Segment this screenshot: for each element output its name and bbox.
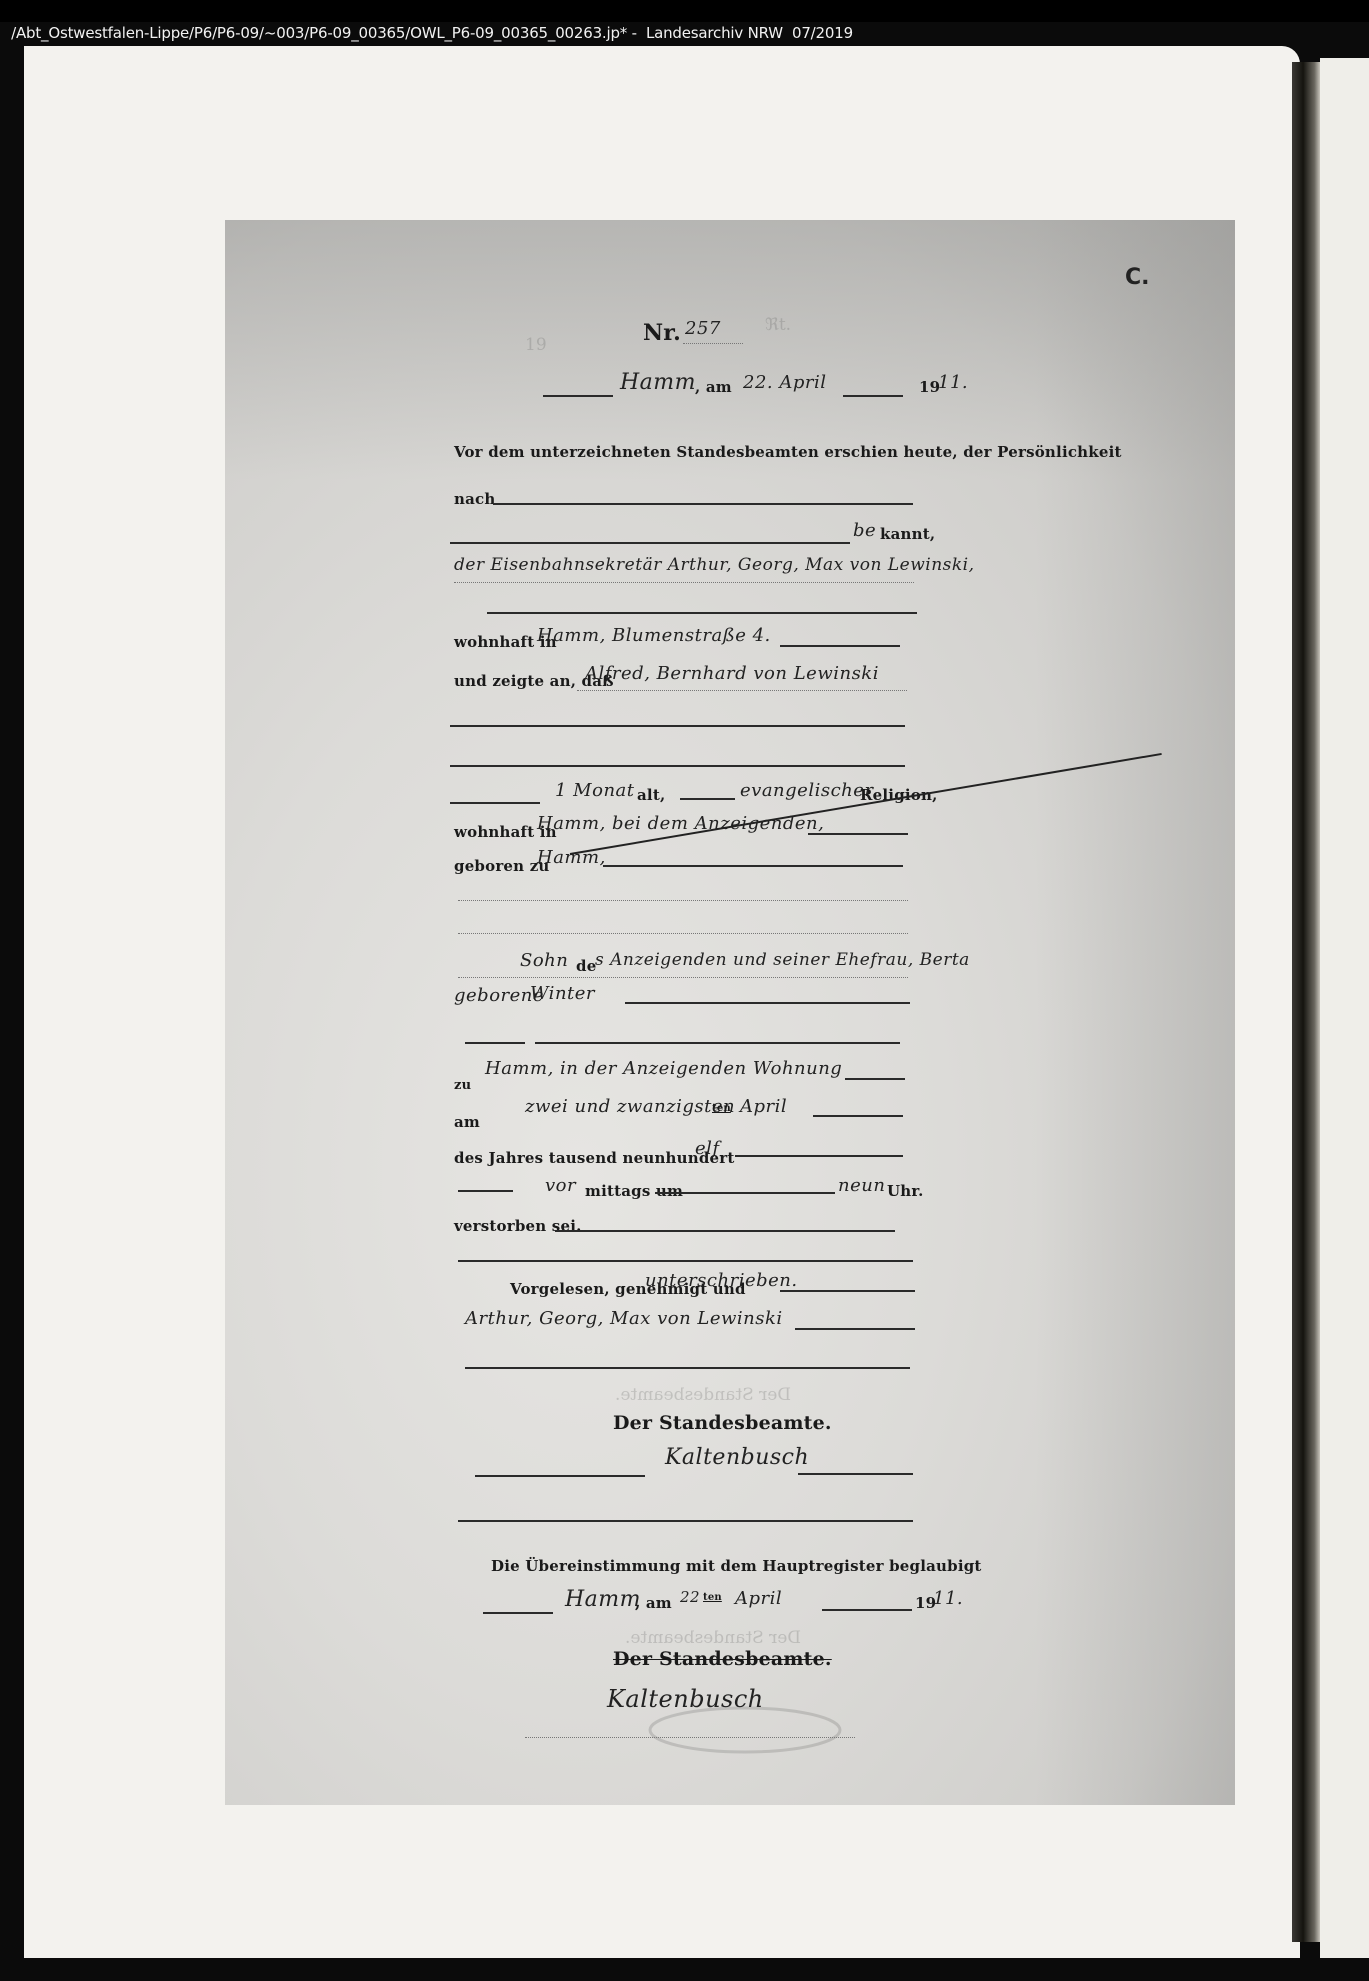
rule xyxy=(458,1260,913,1262)
rule xyxy=(845,1078,905,1080)
rule xyxy=(843,395,903,397)
parents: s Anzeigenden und seiner Ehefrau, Berta xyxy=(595,950,970,970)
rule xyxy=(603,865,903,867)
rule xyxy=(555,1230,895,1232)
window-title-bar: /Abt_Ostwestfalen-Lippe/P6/P6-09/~003/P6… xyxy=(0,0,1369,22)
parent-de: de xyxy=(576,957,596,975)
am-label: am xyxy=(454,1113,480,1131)
death-place-label: zu xyxy=(454,1078,471,1093)
rule xyxy=(798,1473,913,1475)
nach-label: nach xyxy=(454,490,495,508)
informant-name: der Eisenbahnsekretär Arthur, Georg, Max… xyxy=(454,555,975,575)
alt-label: alt, xyxy=(637,786,665,804)
dotted-field xyxy=(458,933,908,934)
rule xyxy=(493,503,913,505)
record-number-label: Nr. xyxy=(643,320,681,346)
rule xyxy=(465,1042,525,1044)
birthplace-label: geboren zu xyxy=(454,857,550,875)
death-year: elf xyxy=(695,1138,720,1159)
certificate-form: ℜt. 19 C. Nr. 257 Hamm , am 22. April 19… xyxy=(225,220,1235,1805)
uhr-label: Uhr. xyxy=(887,1182,924,1200)
rule xyxy=(655,1192,835,1194)
rule xyxy=(450,725,905,727)
dotted-field xyxy=(683,343,743,344)
informant-signature: Arthur, Georg, Max von Lewinski xyxy=(465,1308,783,1329)
dotted-field xyxy=(458,977,908,978)
rule xyxy=(680,798,735,800)
dotted-field xyxy=(458,900,908,901)
rule xyxy=(780,645,900,647)
cert-year-suffix: 11. xyxy=(933,1588,963,1609)
ten-mark: ten xyxy=(712,1103,731,1114)
bekannt-prefix: be xyxy=(853,520,876,541)
bleed-through-text: Der Standesbeamte. xyxy=(625,1628,801,1648)
official-title: Der Standesbeamte. xyxy=(613,1412,832,1434)
rule xyxy=(543,395,613,397)
bekannt-label: kannt, xyxy=(880,525,935,543)
mittags-label: mittags um xyxy=(585,1182,683,1200)
rule xyxy=(808,833,908,835)
certification-line: Die Übereinstimmung mit dem Hauptregiste… xyxy=(491,1557,982,1575)
cert-ten-mark: ten xyxy=(703,1592,722,1603)
cert-place: Hamm xyxy=(565,1587,641,1612)
rule xyxy=(625,1002,910,1004)
rule xyxy=(458,1520,913,1522)
rule xyxy=(780,1290,915,1292)
year-suffix: 11. xyxy=(938,372,968,393)
bleed-through-text: Der Standesbeamte. xyxy=(615,1385,791,1405)
rule xyxy=(795,1328,915,1330)
verstorben-label: verstorben sei. xyxy=(454,1217,582,1235)
death-day: zwei und zwanzigsten xyxy=(525,1096,735,1117)
year-label: des Jahres tausend neunhundert xyxy=(454,1149,735,1167)
registration-place: Hamm xyxy=(620,370,696,395)
book-gutter xyxy=(1292,62,1320,1942)
dotted-field xyxy=(525,1737,855,1738)
bleed-through-text: ℜt. xyxy=(765,315,791,335)
cert-official-title: Der Standesbeamte. xyxy=(613,1648,832,1670)
rule xyxy=(483,1612,553,1614)
rule xyxy=(450,542,850,544)
rule xyxy=(735,1155,903,1157)
intro-line: Vor dem unterzeichneten Standesbeamten e… xyxy=(454,443,1122,461)
rule xyxy=(450,765,905,767)
rule xyxy=(458,1190,513,1192)
bleed-through-text: 19 xyxy=(525,335,547,355)
maiden-name: Winter xyxy=(530,983,595,1004)
rule xyxy=(813,1115,903,1117)
cert-month: April xyxy=(735,1588,782,1609)
rule xyxy=(535,1042,900,1044)
registration-date: 22. April xyxy=(743,372,827,393)
death-certificate-photo: ℜt. 19 C. Nr. 257 Hamm , am 22. April 19… xyxy=(225,220,1235,1805)
dotted-field xyxy=(577,690,907,691)
dotted-field xyxy=(454,582,914,583)
informant-residence: Hamm, Blumenstraße 4. xyxy=(537,625,771,646)
record-number-value: 257 xyxy=(685,318,721,339)
parent-prefix: Sohn xyxy=(520,950,568,971)
official-signature: Kaltenbusch xyxy=(665,1445,809,1470)
rule xyxy=(487,612,917,614)
deceased-name: Alfred, Bernhard von Lewinski xyxy=(585,663,879,684)
corner-mark: C. xyxy=(1125,265,1150,290)
rule xyxy=(822,1609,912,1611)
rule xyxy=(465,1367,910,1369)
age-value: 1 Monat xyxy=(555,780,635,801)
hour-value: neun xyxy=(838,1175,885,1196)
time-prefix: vor xyxy=(545,1175,576,1196)
cert-official-signature: Kaltenbusch xyxy=(607,1685,764,1713)
next-book-page-edge xyxy=(1320,58,1369,1958)
cert-day: 22 xyxy=(680,1588,700,1606)
death-place: Hamm, in der Anzeigenden Wohnung xyxy=(485,1058,842,1079)
rule xyxy=(475,1475,645,1477)
rule xyxy=(450,802,540,804)
religion-value: evangelischer xyxy=(740,780,874,801)
death-month: April xyxy=(740,1096,787,1117)
cert-am-label: , am xyxy=(635,1594,672,1612)
am-label: , am xyxy=(695,378,732,396)
window-title: /Abt_Ostwestfalen-Lippe/P6/P6-09/~003/P6… xyxy=(11,24,853,42)
read-value: unterschrieben. xyxy=(645,1270,798,1291)
